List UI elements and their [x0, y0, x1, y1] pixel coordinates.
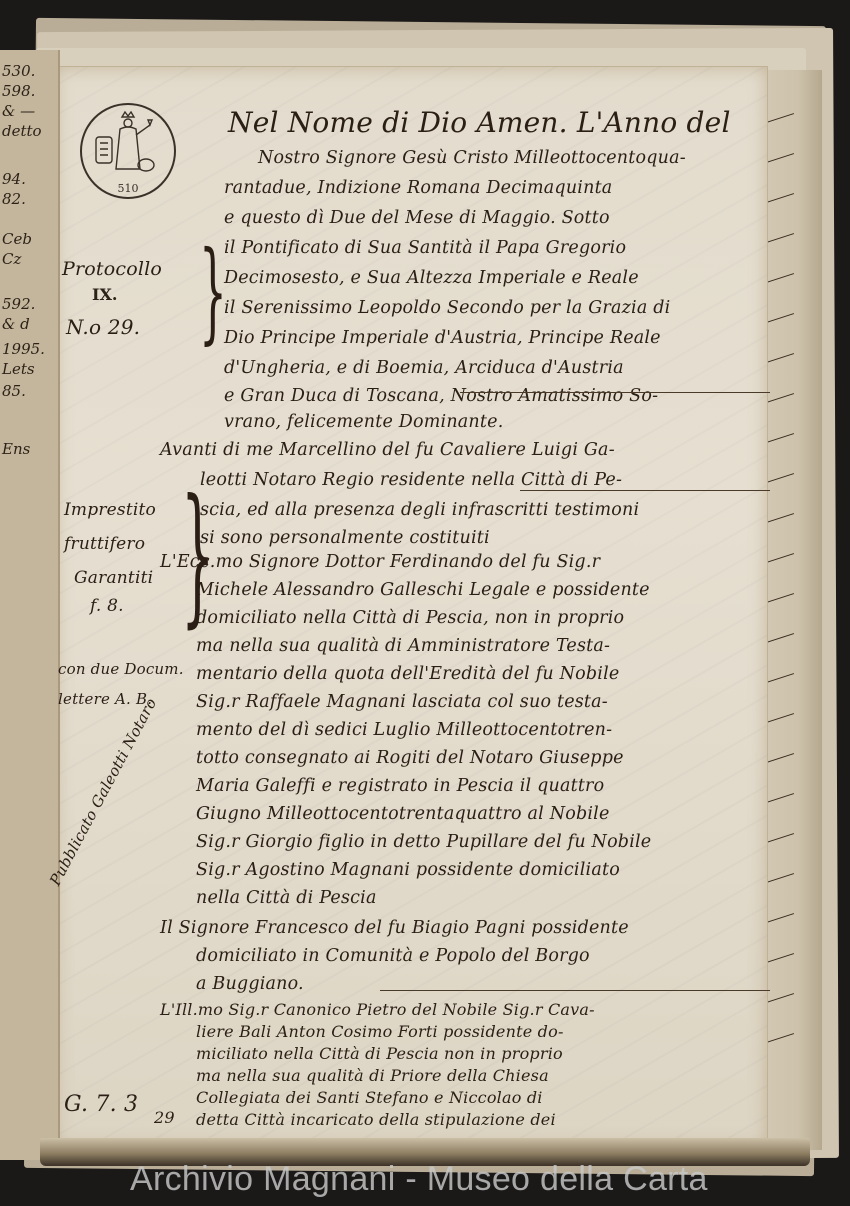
- text-line: mento del dì sedici Luglio Milleottocent…: [196, 720, 612, 740]
- text-line: miciliato nella Città di Pescia non in p…: [196, 1044, 563, 1063]
- divider-rule: [520, 490, 770, 491]
- text-line: nella Città di Pescia: [196, 888, 377, 908]
- text-line: Decimosesto, e Sua Altezza Imperiale e R…: [224, 268, 639, 288]
- text-line: Collegiata dei Santi Stefano e Niccolao …: [196, 1088, 543, 1107]
- flap-note: & —: [2, 102, 35, 120]
- text-line: leotti Notaro Regio residente nella Citt…: [200, 470, 622, 490]
- text-line: Nostro Signore Gesù Cristo Milleottocent…: [258, 148, 686, 168]
- margin-note-documents: con due Docum.: [58, 660, 184, 678]
- text-line: Dio Principe Imperiale d'Austria, Princi…: [224, 328, 661, 348]
- flap-note: Ceb: [2, 230, 32, 248]
- text-line: vrano, felicemente Dominante.: [224, 412, 503, 432]
- text-line: il Pontificato di Sua Santità il Papa Gr…: [224, 238, 626, 258]
- text-line: Il Signore Francesco del fu Biagio Pagni…: [160, 918, 629, 938]
- divider-rule: [380, 990, 770, 991]
- flap-note: 598.: [2, 82, 35, 100]
- margin-note-subject: Garantiti: [74, 568, 153, 588]
- margin-note-bottom-number: 29: [154, 1108, 175, 1127]
- text-line: L'Ecc.mo Signore Dottor Ferdinando del f…: [160, 552, 600, 572]
- text-line: totto consegnato ai Rogiti del Notaro Gi…: [196, 748, 624, 768]
- flap-note: 530.: [2, 62, 35, 80]
- text-line: ma nella sua qualità di Amministratore T…: [196, 636, 610, 656]
- flap-note: 592.: [2, 295, 35, 313]
- margin-note-bottom: G. 7. 3: [64, 1092, 138, 1117]
- brace-icon: }: [181, 480, 214, 630]
- divider-rule: [460, 392, 770, 393]
- text-line: Avanti di me Marcellino del fu Cavaliere…: [160, 440, 615, 460]
- margin-note-subject: fruttifero: [64, 534, 145, 554]
- flap-note: & d: [2, 315, 30, 333]
- text-line: e questo dì Due del Mese di Maggio. Sott…: [224, 208, 610, 228]
- text-line: mentario della quota dell'Eredità del fu…: [196, 664, 619, 684]
- text-line: detta Città incaricato della stipulazion…: [196, 1110, 556, 1129]
- flap-note: 85.: [2, 382, 26, 400]
- text-line: Giugno Milleottocentotrentaquattro al No…: [196, 804, 610, 824]
- stamp-number: 510: [82, 182, 174, 195]
- flap-note: Lets: [2, 360, 35, 378]
- text-line: Michele Alessandro Galleschi Legale e po…: [196, 580, 650, 600]
- document-title: Nel Nome di Dio Amen. L'Anno del: [228, 106, 731, 139]
- text-line: Sig.r Giorgio figlio in detto Pupillare …: [196, 832, 651, 852]
- protocol-number: N.o 29.: [66, 315, 140, 339]
- protocol-volume: IX.: [92, 285, 117, 304]
- margin-note-subject: f. 8.: [90, 596, 124, 616]
- text-line: a Buggiano.: [196, 974, 304, 994]
- flap-note: 1995.: [2, 340, 45, 358]
- text-line: Sig.r Raffaele Magnani lasciata col suo …: [196, 692, 608, 712]
- text-line: domiciliato in Comunità e Popolo del Bor…: [196, 946, 590, 966]
- margin-note-subject: Imprestito: [64, 500, 156, 520]
- left-flap-page: 530. 598. & — detto 94. 82. Ceb Cz 592. …: [0, 50, 60, 1160]
- archive-watermark: Archivio Magnani - Museo della Carta: [130, 1160, 708, 1199]
- tax-stamp: 510: [80, 103, 176, 199]
- text-line: domiciliato nella Città di Pescia, non i…: [196, 608, 624, 628]
- text-line: si sono personalmente costituiti: [200, 528, 490, 548]
- text-line: Sig.r Agostino Magnani possidente domici…: [196, 860, 620, 880]
- flap-note: Ens: [2, 440, 30, 458]
- text-line: scia, ed alla presenza degli infrascritt…: [200, 500, 639, 520]
- text-line: d'Ungheria, e di Boemia, Arciduca d'Aust…: [224, 358, 624, 378]
- protocol-label: Protocollo: [62, 258, 162, 280]
- flap-note: Cz: [2, 250, 21, 268]
- text-line: ma nella sua qualità di Priore della Chi…: [196, 1066, 549, 1085]
- text-line: liere Bali Anton Cosimo Forti possidente…: [196, 1022, 564, 1041]
- flap-note: 82.: [2, 190, 26, 208]
- document-page: [54, 66, 768, 1148]
- flap-note: 94.: [2, 170, 26, 188]
- text-line: Maria Galeffi e registrato in Pescia il …: [196, 776, 604, 796]
- text-line: L'Ill.mo Sig.r Canonico Pietro del Nobil…: [160, 1000, 595, 1019]
- text-line: e Gran Duca di Toscana, Nostro Amatissim…: [224, 386, 658, 406]
- text-line: il Serenissimo Leopoldo Secondo per la G…: [224, 298, 670, 318]
- flap-note: detto: [2, 122, 42, 140]
- crowned-figure-icon: [88, 109, 168, 181]
- text-line: rantadue, Indizione Romana Decimaquinta: [224, 178, 612, 198]
- brace-icon: }: [199, 236, 227, 346]
